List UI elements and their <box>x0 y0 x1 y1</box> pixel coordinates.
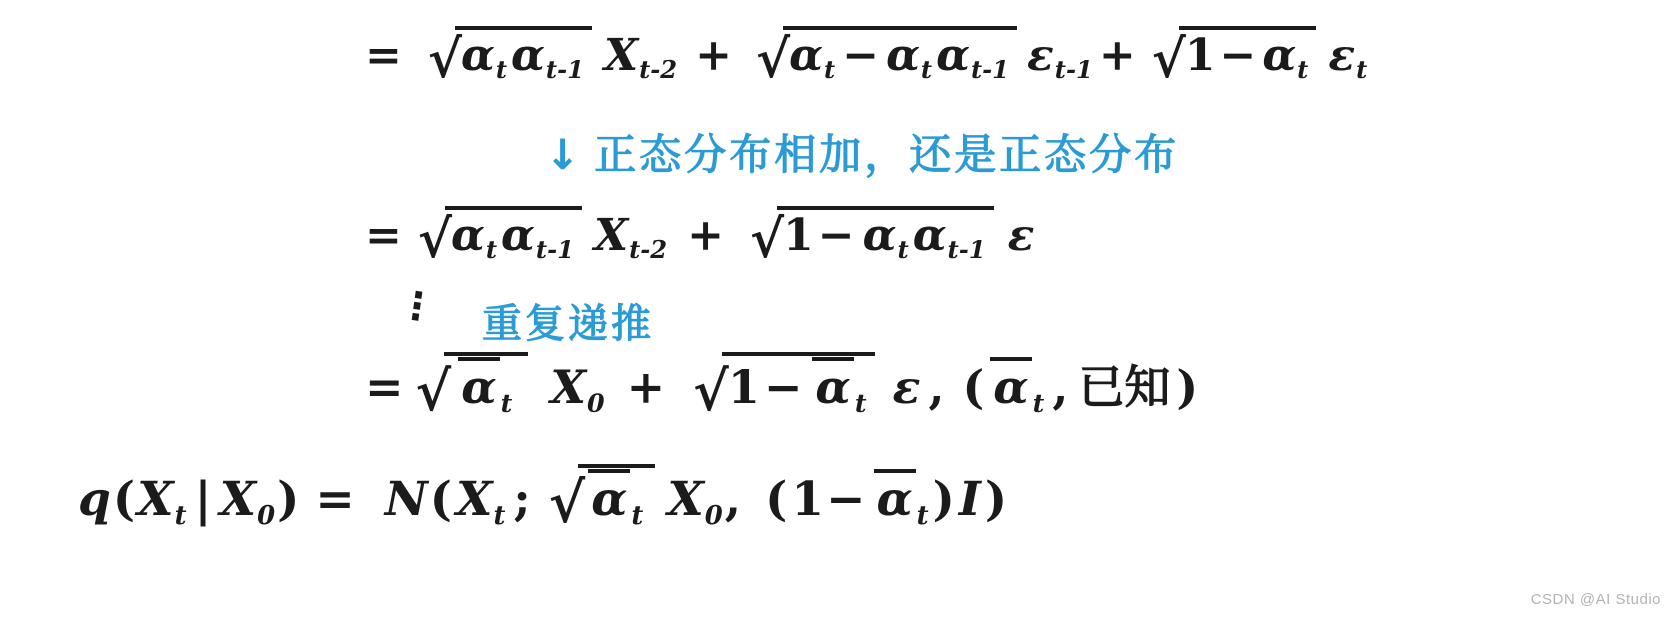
annotation-normal-distributions-add: ↓正态分布相加，还是正态分布 <box>545 122 1179 182</box>
equation-q-distribution: q(Xt|X0)=N(Xt;√αtX0,(1−αt)I) <box>78 464 1007 527</box>
equation-merged-noise: =√αtαt-1Xt-2+√1−αtαt-1ε <box>365 206 1034 262</box>
equation-closed-form: =√αtX0+√1−αtε,(αt,已知) <box>365 352 1198 414</box>
down-arrow-icon: ↓ <box>545 130 580 179</box>
csdn-watermark: CSDN @AI Studio <box>1531 591 1661 608</box>
annotation-repeat-recursion: 重复递推 <box>482 292 654 349</box>
annotation-normal-sum-text: 正态分布相加，还是正态分布 <box>594 130 1179 179</box>
equation-two-step-expansion: =√αtαt-1Xt-2+√αt−αtαt-1εt-1+√1−αtεt <box>365 26 1367 82</box>
handwritten-notes-canvas: =√αtαt-1Xt-2+√αt−αtαt-1εt-1+√1−αtεt ↓正态分… <box>0 0 1677 618</box>
vertical-dots: ⋮ <box>395 282 439 331</box>
